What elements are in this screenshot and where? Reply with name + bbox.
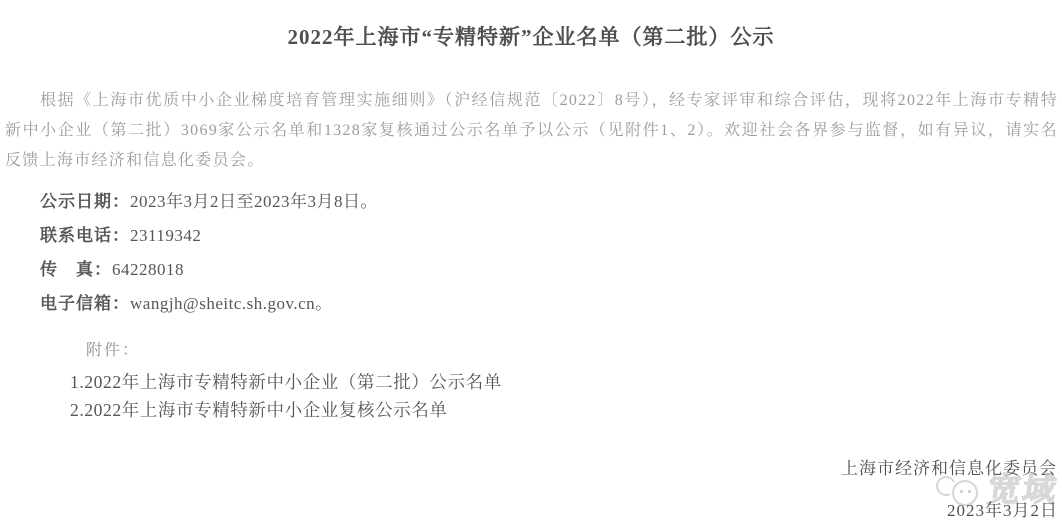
phone-label: 联系电话： — [40, 226, 130, 245]
phone-value: 23119342 — [130, 226, 201, 245]
signature-date: 2023年3月2日 — [947, 496, 1058, 520]
publicity-period-value: 2023年3月2日至2023年3月8日。 — [130, 192, 378, 211]
publicity-period-label: 公示日期： — [40, 192, 130, 211]
body-paragraph: 根据《上海市优质中小企业梯度培育管理实施细则》（沪经信规范〔2022〕8号），经… — [5, 86, 1058, 176]
phone-line: 联系电话：23119342 — [40, 225, 378, 259]
attachment-item-2: 2.2022年上海市专精特新中小企业复核公示名单 — [70, 396, 502, 424]
attachments-label: 附件： — [86, 337, 502, 360]
email-value: wangjh@sheitc.sh.gov.cn。 — [130, 294, 333, 313]
publicity-period-line: 公示日期：2023年3月2日至2023年3月8日。 — [40, 191, 378, 225]
document-title: 2022年上海市“专精特新”企业名单（第二批）公示 — [0, 21, 1062, 51]
fax-line: 传 真：64228018 — [40, 259, 378, 293]
fax-value: 64228018 — [112, 260, 184, 279]
eye-dot-icon — [968, 490, 971, 493]
email-label: 电子信箱： — [40, 294, 130, 313]
fax-label: 传 真： — [40, 260, 112, 279]
announcement-document: 2022年上海市“专精特新”企业名单（第二批）公示 根据《上海市优质中小企业梯度… — [0, 0, 1062, 520]
contact-info: 公示日期：2023年3月2日至2023年3月8日。 联系电话：23119342 … — [40, 191, 378, 327]
attachments-section: 附件： 1.2022年上海市专精特新中小企业（第二批）公示名单 2.2022年上… — [70, 337, 502, 424]
email-line: 电子信箱：wangjh@sheitc.sh.gov.cn。 — [40, 293, 378, 327]
attachment-item-1: 1.2022年上海市专精特新中小企业（第二批）公示名单 — [70, 368, 502, 396]
eye-dot-icon — [960, 490, 963, 493]
